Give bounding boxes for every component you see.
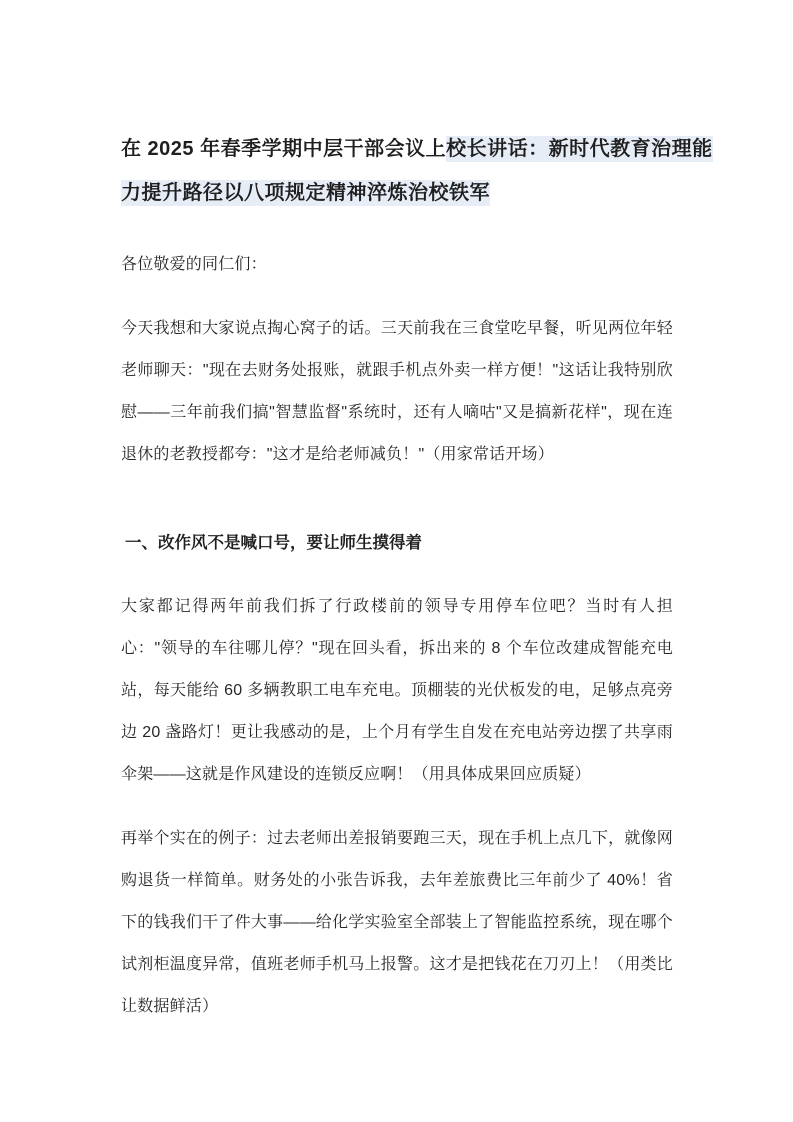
- section-heading-1: 一、改作风不是喊口号，要让师生摸得着: [121, 522, 673, 564]
- title-plain-text: 在 2025 年春季学期中层干部会议上: [121, 138, 446, 160]
- title-line-2: 力提升路径以八项规定精神淬炼治校铁军: [121, 171, 673, 215]
- reimbursement-example-paragraph: 再举个实在的例子：过去老师出差报销要跑三天，现在手机上点几下，就像网购退货一样简…: [121, 818, 673, 1028]
- title-line-1: 在 2025 年春季学期中层干部会议上校长讲话：新时代教育治理能: [121, 127, 673, 171]
- salutation: 各位敬爱的同仁们：: [121, 244, 673, 286]
- document-title: 在 2025 年春季学期中层干部会议上校长讲话：新时代教育治理能 力提升路径以八…: [121, 127, 673, 215]
- document-page: 在 2025 年春季学期中层干部会议上校长讲话：新时代教育治理能 力提升路径以八…: [0, 0, 793, 1122]
- title-highlighted-text-part1: 校长讲话：新时代教育治理能: [446, 136, 713, 162]
- intro-paragraph: 今天我想和大家说点掏心窝子的话。三天前我在三食堂吃早餐，听见两位年轻老师聊天："…: [121, 308, 673, 476]
- parking-lot-example-paragraph: 大家都记得两年前我们拆了行政楼前的领导专用停车位吧？当时有人担心："领导的车往哪…: [121, 586, 673, 796]
- title-highlighted-text-part2: 力提升路径以八项规定精神淬炼治校铁军: [121, 180, 490, 206]
